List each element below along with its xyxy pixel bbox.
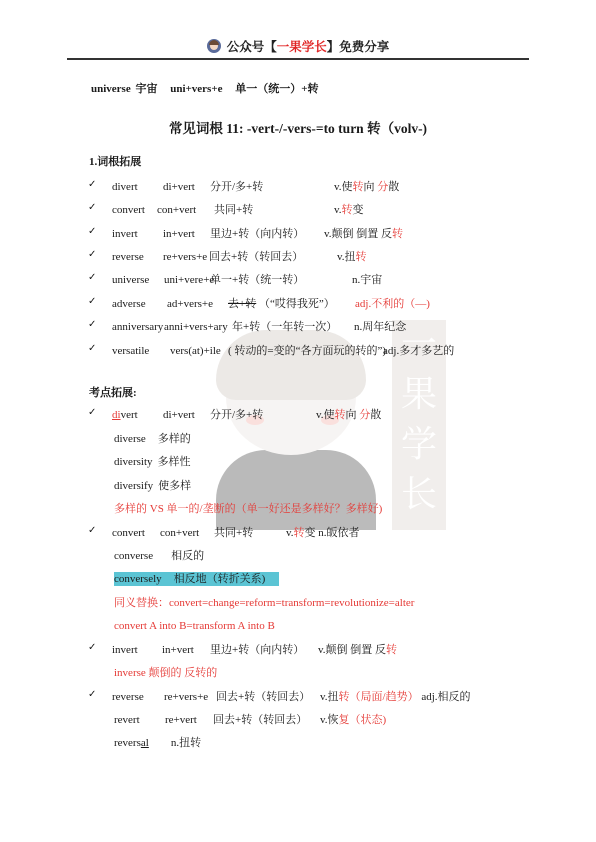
parts: in+vert bbox=[163, 227, 195, 241]
parts: re+vers+e bbox=[164, 690, 208, 704]
gloss: 共同+转 bbox=[214, 526, 253, 540]
parts: re+vers+e bbox=[163, 250, 207, 264]
definition: v.使转向 分散 bbox=[334, 180, 399, 194]
list-item-diversify: diversify使多样 bbox=[114, 479, 191, 493]
word: diverse bbox=[114, 433, 146, 445]
header-divider bbox=[67, 58, 529, 60]
check-icon: ✓ bbox=[88, 272, 96, 283]
watermark: 一 果 学 长 bbox=[196, 330, 446, 530]
check-icon: ✓ bbox=[88, 525, 96, 536]
gloss: 分开/多+转 bbox=[210, 180, 263, 194]
def: 变 n.皈依者 bbox=[305, 527, 360, 539]
definition: n.周年纪念 bbox=[354, 320, 406, 334]
gloss: 年+转（一年转一次） bbox=[232, 320, 337, 334]
list-item-conversely: conversely相反地（转折关系) bbox=[114, 572, 279, 586]
definition: adj.不利的（—) bbox=[355, 297, 430, 311]
check-icon: ✓ bbox=[88, 689, 96, 700]
header-brand: 一果学长 bbox=[277, 39, 327, 54]
section-title: 常见词根 11: -vert-/-vers-=to turn 转（volv-) bbox=[0, 117, 596, 137]
gloss-strike: 去+转 bbox=[228, 298, 256, 310]
check-icon: ✓ bbox=[88, 642, 96, 653]
parts: di+vert bbox=[163, 180, 195, 194]
def: adj.多才多艺的 bbox=[383, 345, 454, 357]
part2-heading: 考点拓展: bbox=[89, 386, 137, 400]
parts: con+vert bbox=[157, 203, 196, 217]
def-red: 转 bbox=[386, 644, 397, 656]
gloss: 单一+转（统一转） bbox=[210, 273, 304, 287]
gloss: 使多样 bbox=[158, 480, 191, 492]
word: conversely bbox=[114, 573, 162, 585]
inverse-note: inverse 颠倒的 反转的 bbox=[114, 666, 217, 680]
pattern-note: convert A into B=transform A into B bbox=[114, 619, 275, 633]
check-icon: ✓ bbox=[88, 319, 96, 330]
parts: con+vert bbox=[160, 526, 199, 540]
list-item-diversity: diversity多样性 bbox=[114, 455, 191, 469]
def-red: 转 bbox=[294, 527, 305, 539]
def-red: 转 bbox=[356, 251, 367, 263]
word: diversify bbox=[114, 480, 153, 492]
def: n.周年纪念 bbox=[354, 321, 406, 333]
word-reverse: reverse bbox=[112, 690, 144, 704]
list-item-converse: converse相反的 bbox=[114, 549, 204, 563]
explain: 单一（统一）+转 bbox=[235, 83, 318, 95]
def: n.宇宙 bbox=[352, 274, 382, 286]
list-item-reversal: reversaln.扭转 bbox=[114, 736, 201, 750]
word: invert bbox=[112, 227, 138, 241]
highlight: conversely相反地（转折关系) bbox=[114, 572, 279, 586]
parts: uni+vers+e bbox=[170, 83, 222, 95]
check-icon: ✓ bbox=[88, 226, 96, 237]
watermark-char: 学 bbox=[392, 420, 446, 470]
def: v.颠倒 倒置 反 bbox=[324, 228, 392, 240]
word: versatile bbox=[112, 344, 149, 358]
def: v. bbox=[286, 527, 294, 539]
bracket-close: 】 bbox=[327, 39, 340, 54]
def: adj.相反的 bbox=[421, 691, 470, 703]
def: v. bbox=[334, 204, 342, 216]
word: convert bbox=[112, 203, 145, 217]
definition: v.扭转（局面/趋势） adj.相反的 bbox=[320, 690, 471, 704]
def: v.扭 bbox=[337, 251, 356, 263]
def: 向 bbox=[364, 181, 378, 193]
check-icon: ✓ bbox=[88, 179, 96, 190]
definition: v.扭转 bbox=[337, 250, 367, 264]
word: reverse bbox=[112, 250, 144, 264]
gloss: n.扭转 bbox=[171, 737, 201, 749]
gloss: 多样的 bbox=[158, 433, 191, 445]
gloss: 分开/多+转 bbox=[210, 408, 263, 422]
def-red: 分 bbox=[377, 181, 388, 193]
gloss: ( 转动的=变的“各方面玩的转的”) bbox=[228, 344, 386, 358]
def: 散 bbox=[388, 181, 399, 193]
list-item-diverse: diverse多样的 bbox=[114, 432, 191, 446]
word-invert: invert bbox=[112, 643, 138, 657]
header-prefix: 公众号 bbox=[227, 39, 265, 54]
part1-heading: 1.词根拓展 bbox=[89, 155, 141, 169]
gloss: 共同+转 bbox=[214, 203, 253, 217]
word: converse bbox=[114, 550, 153, 562]
compare-note: 多样的 VS 单一的/垄断的（单一好还是多样好？多样好) bbox=[114, 502, 382, 516]
word-rest: vert bbox=[121, 409, 138, 421]
def: 变 bbox=[353, 204, 364, 216]
parts: di+vert bbox=[163, 408, 195, 422]
definition: v.颠倒 倒置 反转 bbox=[318, 643, 397, 657]
word-revert: revert bbox=[114, 713, 140, 727]
word: anniversary bbox=[112, 320, 163, 334]
watermark-char: 长 bbox=[392, 470, 446, 520]
check-icon: ✓ bbox=[88, 343, 96, 354]
def: v.扭 bbox=[320, 691, 339, 703]
definition: adj.多才多艺的 bbox=[383, 344, 454, 358]
watermark-char: 果 bbox=[392, 370, 446, 420]
check-icon: ✓ bbox=[88, 202, 96, 213]
gloss: 回去+转（转回去） bbox=[209, 250, 303, 264]
definition: v.颠倒 倒置 反转 bbox=[324, 227, 403, 241]
definition: v.转变 bbox=[334, 203, 364, 217]
parts: re+vert bbox=[165, 713, 197, 727]
word: revers bbox=[114, 737, 141, 749]
gloss: 多样性 bbox=[158, 456, 191, 468]
avatar-icon bbox=[207, 39, 221, 53]
check-icon: ✓ bbox=[88, 407, 96, 418]
header-suffix: 免费分享 bbox=[339, 39, 389, 54]
definition: v.恢复（状态) bbox=[320, 713, 386, 727]
synonyms-note: 同义替换：convert=change=reform=transform=rev… bbox=[114, 596, 414, 610]
check-icon: ✓ bbox=[88, 296, 96, 307]
word-convert: convert bbox=[112, 526, 145, 540]
word-prefix: di bbox=[112, 409, 121, 421]
bracket-open: 【 bbox=[264, 39, 277, 54]
word: diversity bbox=[114, 456, 153, 468]
definition: n.宇宙 bbox=[352, 273, 382, 287]
word: divert bbox=[112, 180, 138, 194]
gloss: 回去+转（转回去） bbox=[213, 713, 307, 727]
gloss: 里边+转（向内转） bbox=[210, 643, 304, 657]
parts: vers(at)+ile bbox=[170, 344, 221, 358]
def: v.恢 bbox=[320, 714, 339, 726]
def-red: adj.不利的（—) bbox=[355, 298, 430, 310]
gloss: 去+转 （“哎得我死”） bbox=[228, 297, 335, 311]
page-header: 公众号【一果学长】免费分享 bbox=[0, 37, 596, 57]
def-red: 复（状态) bbox=[339, 714, 387, 726]
definition: v.转变 n.皈依者 bbox=[286, 526, 360, 540]
watermark-body bbox=[216, 450, 376, 530]
list-item-divert: divert bbox=[112, 408, 138, 422]
gloss: 相反的 bbox=[171, 550, 204, 562]
def-red: 转 bbox=[342, 204, 353, 216]
gloss: 回去+转（转回去） bbox=[216, 690, 310, 704]
def: v.使 bbox=[334, 181, 353, 193]
def-red: 转 bbox=[353, 181, 364, 193]
word: universe bbox=[91, 83, 131, 95]
word-suffix: al bbox=[141, 737, 149, 749]
word: universe bbox=[112, 273, 149, 287]
word: adverse bbox=[112, 297, 146, 311]
top-line: universe 宇宙 uni+vers+e 单一（统一）+转 bbox=[91, 82, 319, 96]
gloss: 里边+转（向内转） bbox=[210, 227, 304, 241]
parts: uni+vere+e bbox=[164, 273, 214, 287]
parts: in+vert bbox=[162, 643, 194, 657]
def-red: 转 bbox=[392, 228, 403, 240]
definition: v.使转向 分散 bbox=[316, 408, 381, 422]
gloss: 相反地（转折关系) bbox=[174, 573, 266, 585]
parts: ad+vers+e bbox=[167, 297, 213, 311]
def-red: 转（局面/趋势） bbox=[339, 691, 419, 703]
meaning: 宇宙 bbox=[135, 83, 157, 95]
parts: anni+vers+ary bbox=[164, 320, 228, 334]
check-icon: ✓ bbox=[88, 249, 96, 260]
watermark-hair bbox=[216, 330, 366, 400]
def: v.颠倒 倒置 反 bbox=[318, 644, 386, 656]
